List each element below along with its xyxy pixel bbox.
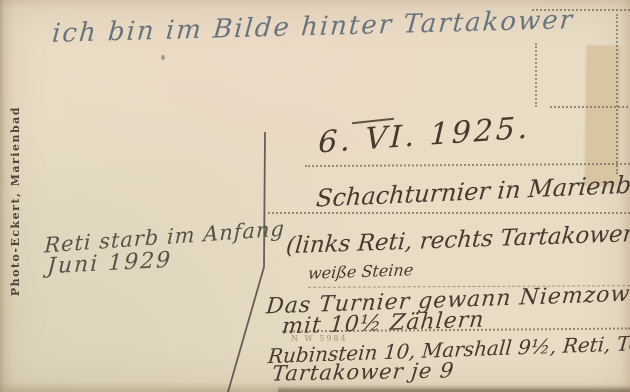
stamp-box-right-line — [616, 14, 618, 174]
top-pencil-note: ich bin im Bilde hinter Tartakower — [51, 7, 575, 47]
address-line-1 — [305, 163, 630, 167]
left-note-line2: Juni 1929 — [47, 250, 173, 279]
message-standings-line2: Tartakower je 9 — [271, 360, 456, 384]
message-date: 6. VI. 1925. — [318, 114, 531, 159]
address-line-2 — [268, 212, 630, 214]
message-caption-note: weiße Steine — [307, 262, 414, 282]
printer-mark: N W 5984 — [291, 334, 348, 343]
tape-residue — [585, 46, 620, 186]
pencil-smudge — [161, 55, 165, 60]
stamp-box-left-line — [535, 43, 537, 107]
publisher-imprint: Photo-Eckert, Marienbad — [9, 106, 22, 296]
message-title: Schachturnier in Marienbad — [315, 171, 630, 210]
stamp-box-bottom-line — [550, 106, 628, 108]
postcard-back: Photo-Eckert, Marienbad ich bin im Bilde… — [0, 0, 630, 392]
bottom-edge-shadow — [278, 386, 630, 392]
message-caption: (links Reti, rechts Tartakower) — [285, 223, 630, 259]
